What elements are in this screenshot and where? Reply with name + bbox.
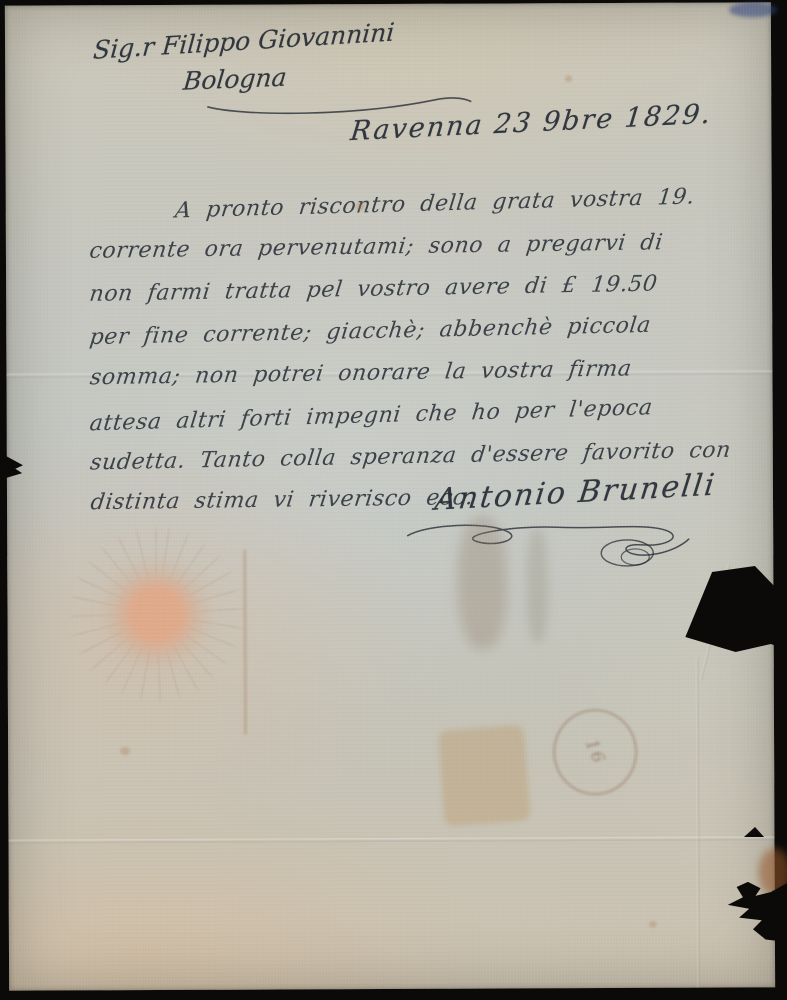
wax-seal-stain <box>110 568 202 660</box>
fox-spot <box>356 202 365 211</box>
fox-spot <box>565 75 572 82</box>
ink-smudge-top-right <box>729 2 777 17</box>
fox-spot <box>649 921 657 928</box>
signature-flourish <box>397 513 697 574</box>
letter-paper: Sig.r Filippo Giovannini Bologna Ravenna… <box>5 2 775 990</box>
dateline: Ravenna 23 9bre 1829. <box>349 99 714 148</box>
ink-showthrough-smudge <box>526 527 549 643</box>
rust-stain <box>759 848 787 896</box>
fold-crease-vertical <box>699 564 730 681</box>
recipient-city-line: Bologna <box>182 63 288 96</box>
ink-showthrough-smudge <box>457 515 508 649</box>
fox-spot <box>120 747 130 755</box>
fold-crease-horizontal <box>8 836 774 843</box>
wax-seal-crease-rays <box>65 523 248 706</box>
faint-crease-stain <box>243 550 247 735</box>
recipient-name-line: Sig.r Filippo Giovannini <box>92 17 395 64</box>
fold-crease-vertical <box>696 658 700 988</box>
scanned-letter: Sig.r Filippo Giovannini Bologna Ravenna… <box>0 0 787 1000</box>
postmark-stamp: 16 <box>553 709 637 795</box>
postmark-text: 16 <box>581 736 609 767</box>
stamp-showthrough-stain <box>438 725 531 827</box>
